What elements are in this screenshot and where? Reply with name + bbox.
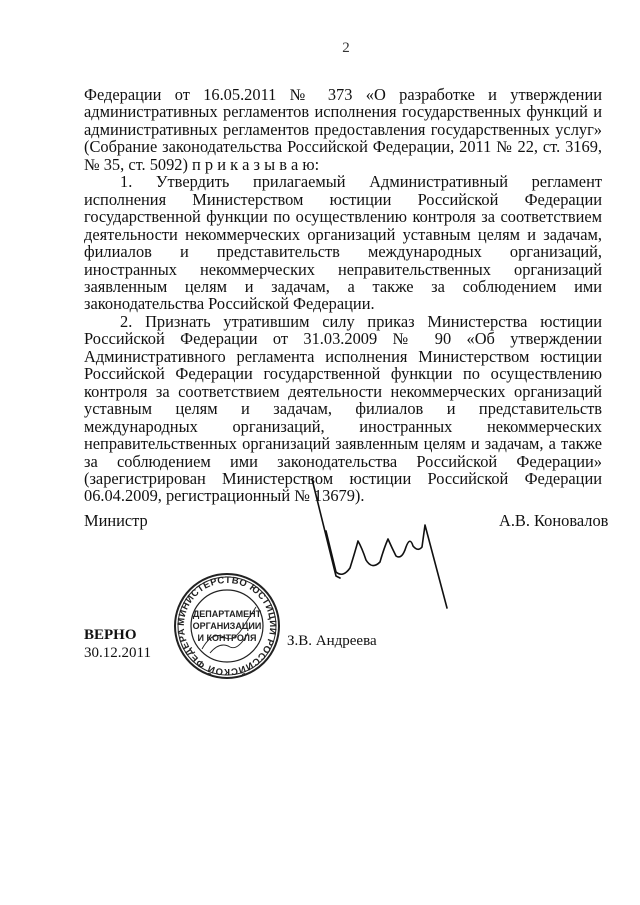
- certifier-name: З.В. Андреева: [287, 633, 377, 650]
- official-stamp-icon: МИНИСТЕРСТВО ЮСТИЦИИ РОССИЙСКОЙ ФЕДЕРАЦИ…: [172, 571, 282, 681]
- svg-text:ОРГАНИЗАЦИИ: ОРГАНИЗАЦИИ: [193, 621, 262, 631]
- handwritten-signature-icon: [0, 0, 640, 905]
- certification-label: ВЕРНО: [84, 627, 137, 644]
- certification-date: 30.12.2011: [84, 645, 151, 662]
